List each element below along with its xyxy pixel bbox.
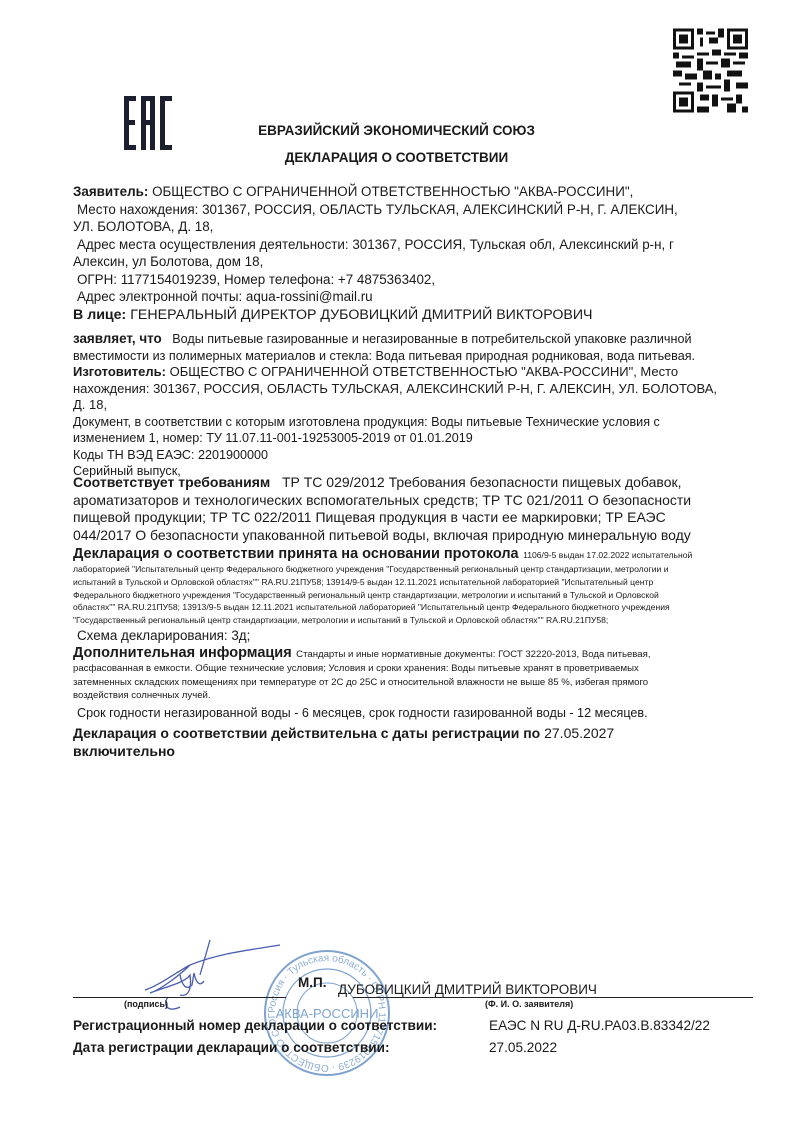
document-title: ДЕКЛАРАЦИЯ О СООТВЕТСТВИИ [0,150,793,165]
protocol-text: 1106/9-5 выдан 17.02.2022 испытательной [523,550,692,560]
represented-by: В лице: ГЕНЕРАЛЬНЫЙ ДИРЕКТОР ДУБОВИЦКИЙ … [73,307,753,323]
product-description: Воды питьевые газированные и негазирован… [172,332,691,346]
protocol-label: Декларация о соответствии принята на осн… [73,546,519,562]
validity-suffix: включительно [73,742,753,760]
production-document-cont: изменением 1, номер: ТУ 11.07.11-001-192… [73,430,753,447]
protocol-text: лабораторией "Испытательный центр Федера… [73,563,753,576]
requirements-section: Соответствует требованиям ТР ТС 029/2012… [73,474,753,544]
applicant-ogrn-phone: ОГРН: 1177154019239, Номер телефона: +7 … [73,271,753,289]
represented-value: ГЕНЕРАЛЬНЫЙ ДИРЕКТОР ДУБОВИЦКИЙ ДМИТРИЙ … [130,307,592,323]
requirements-line: пищевой продукции; ТР ТС 022/2011 Пищева… [73,509,753,527]
registration-date: 27.05.2022 [489,1040,557,1055]
protocol-text: областях"" RA.RU.21ПУ58; 13913/9-5 выдан… [73,601,753,614]
manufacturer-address-cont: Д. 18, [73,397,753,414]
protocol-text: испытаний в Тульской и Орловской областя… [73,576,753,589]
shelf-life: Срок годности негазированной воды - 6 ме… [73,705,753,722]
additional-info-text: Стандарты и иные нормативные документы: … [296,649,650,660]
applicant-label: Заявитель: [73,184,148,199]
requirements-line: ароматизаторов и технологических вспомог… [73,492,753,510]
protocol-section: Декларация о соответствии принята на осн… [73,545,753,644]
additional-info-text: затемненных складских помещениях при тем… [73,676,753,690]
represented-label: В лице: [73,307,126,323]
manufacturer-label: Изготовитель: [73,364,166,379]
protocol-text: Федерального бюджетного учреждения "Госу… [73,589,753,602]
validity-label: Декларация о соответствии действительна … [73,725,540,741]
manufacturer-address: нахождения: 301367, РОССИЯ, ОБЛАСТЬ ТУЛЬ… [73,381,753,398]
registration-number-label: Регистрационный номер декларации о соотв… [73,1018,437,1033]
declaration-body: заявляет, что Воды питьевые газированные… [73,331,753,480]
union-heading: ЕВРАЗИЙСКИЙ ЭКОНОМИЧЕСКИЙ СОЮЗ [0,123,793,138]
applicant-location-cont: УЛ. БОЛОТОВА, Д. 18, [73,218,753,236]
applicant-email: Адрес электронной почты: aqua-rossini@ma… [73,288,753,306]
signature-caption: (подпись) [124,999,168,1009]
signer-name-caption: (Ф. И. О. заявителя) [485,999,573,1009]
manufacturer-name: ОБЩЕСТВО С ОГРАНИЧЕННОЙ ОТВЕТСТВЕННОСТЬЮ… [170,364,679,379]
applicant-activity-address-cont: Алексин, ул Болотова, дом 18, [73,253,753,271]
requirements-line: 044/2017 О безопасности упакованной пить… [73,527,753,545]
declaration-scheme: Схема декларирования: 3д; [73,627,753,645]
protocol-text: "Государственный региональный центр стан… [73,614,753,627]
qr-code-icon [673,28,748,113]
signer-name: ДУБОВИЦКИЙ ДМИТРИЙ ВИКТОРОВИЧ [338,982,597,997]
validity-date: 27.05.2027 [544,725,614,741]
applicant-activity-address: Адрес места осуществления деятельности: … [73,236,753,254]
production-document: Документ, в соответствии с которым изгот… [73,414,753,431]
tn-ved-codes: Коды ТН ВЭД ЕАЭС: 2201900000 [73,447,753,464]
additional-info-section: Дополнительная информация Стандарты и ин… [73,644,753,721]
registration-number: ЕАЭС N RU Д-RU.PA03.B.83342/22 [489,1018,710,1033]
registration-date-label: Дата регистрации декларации о соответств… [73,1040,390,1055]
requirements-line: ТР ТС 029/2012 Требования безопасности п… [282,474,682,490]
applicant-section: Заявитель: ОБЩЕСТВО С ОГРАНИЧЕННОЙ ОТВЕТ… [73,183,753,306]
signature-line [73,997,286,998]
additional-info-text: воздействия солнечных лучей. [73,689,753,703]
applicant-location: Место нахождения: 301367, РОССИЯ, ОБЛАСТ… [73,201,753,219]
additional-info-label: Дополнительная информация [73,645,292,661]
declares-label: заявляет, что [73,331,162,346]
name-line [353,997,753,998]
requirements-label: Соответствует требованиям [73,474,270,490]
product-description-cont: вместимости из полимерных материалов и с… [73,348,753,365]
seal-label: М.П. [298,975,326,990]
applicant-name: ОБЩЕСТВО С ОГРАНИЧЕННОЙ ОТВЕТСТВЕННОСТЬЮ… [152,184,633,199]
validity-section: Декларация о соответствии действительна … [73,724,753,760]
additional-info-text: расфасованная в емкости. Общие техническ… [73,662,753,676]
